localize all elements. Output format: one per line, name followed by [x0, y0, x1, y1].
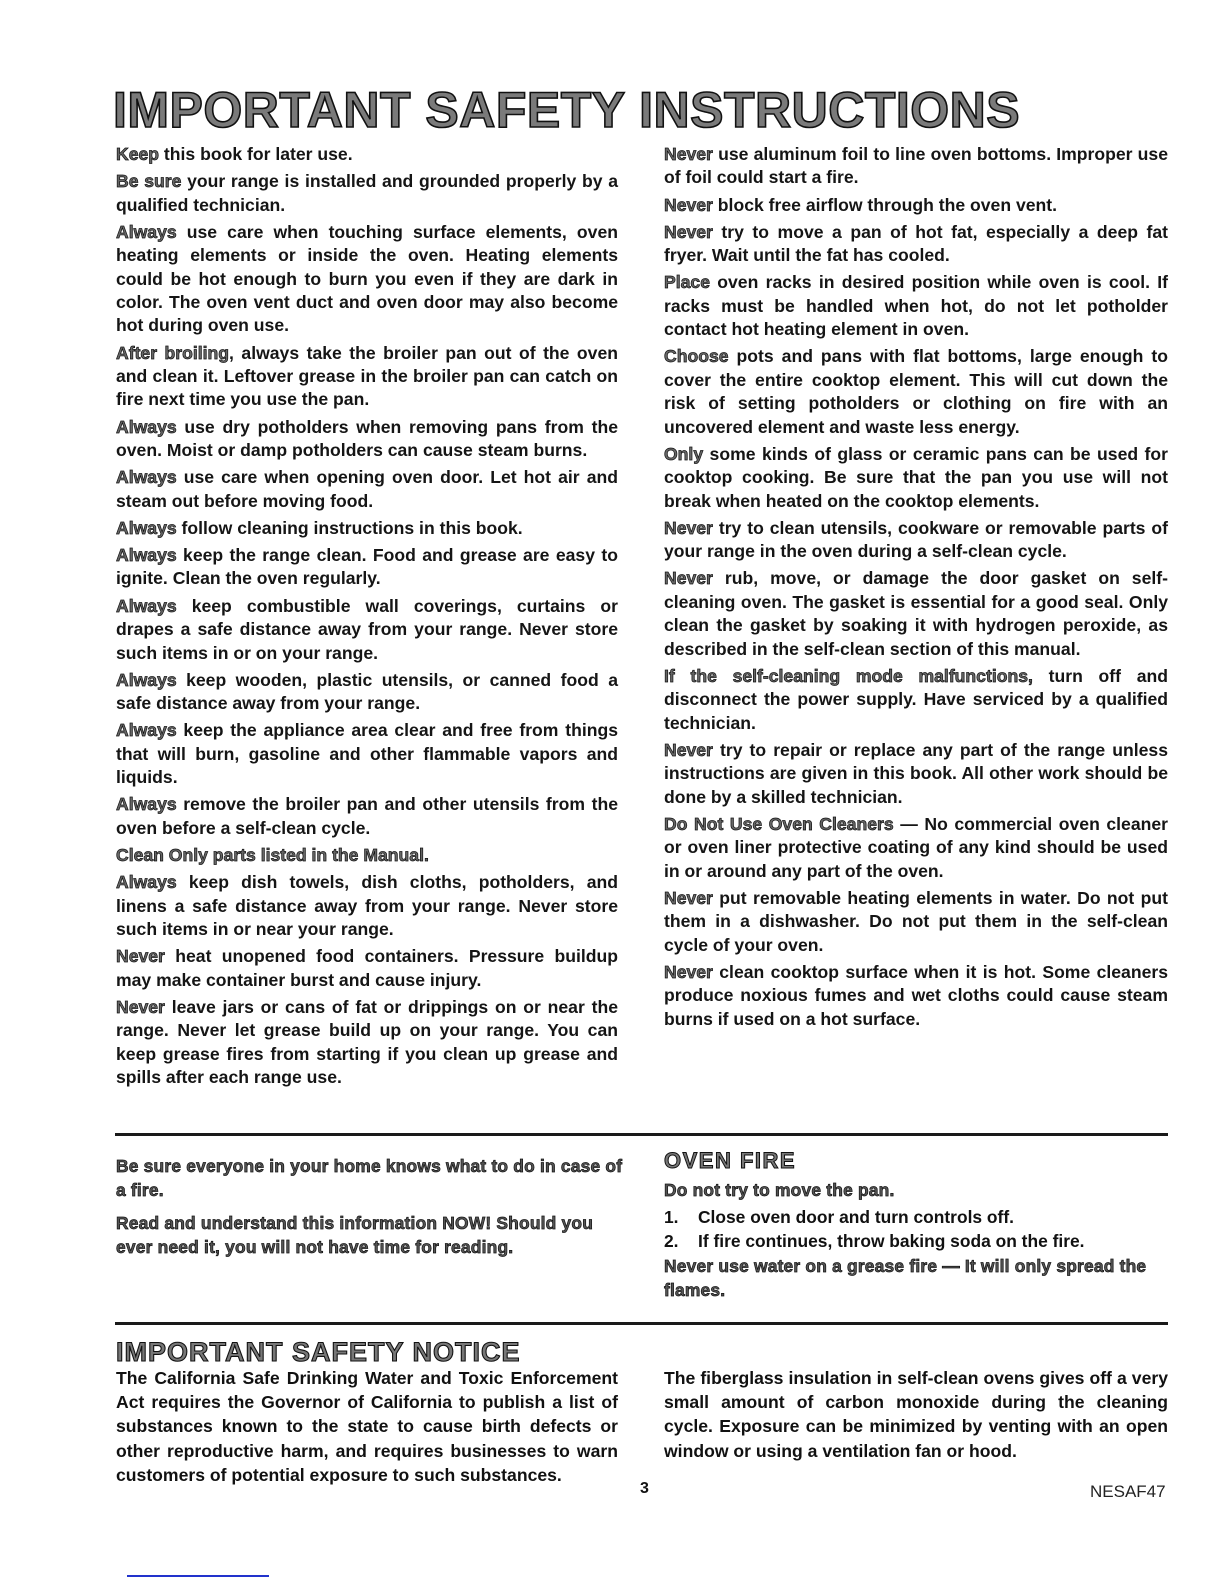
instruction-item: Never use aluminum foil to line oven bot… — [664, 143, 1168, 190]
instruction-lead: Never — [664, 144, 713, 164]
instruction-text: put removable heating elements in water.… — [664, 888, 1168, 955]
section-divider — [115, 1133, 1168, 1136]
instruction-lead: Always — [116, 670, 177, 690]
instruction-lead: Never — [664, 962, 713, 982]
instruction-lead: Always — [116, 596, 177, 616]
instruction-lead: Never — [664, 888, 713, 908]
instruction-item: Never put removable heating elements in … — [664, 887, 1168, 957]
california-notice-text: The California Safe Drinking Water and T… — [116, 1366, 618, 1487]
instruction-lead: Never — [664, 518, 713, 538]
instruction-text: clean cooktop surface when it is hot. So… — [664, 962, 1168, 1029]
left-instructions-column: Keep this book for later use. Be sure yo… — [116, 143, 618, 1093]
instruction-text: some kinds of glass or ceramic pans can … — [664, 444, 1168, 511]
instruction-item: Keep this book for later use. — [116, 143, 618, 166]
instruction-lead: Be sure — [116, 171, 181, 191]
instruction-lead: Never — [664, 740, 713, 760]
stray-line — [127, 1575, 269, 1577]
instruction-item: Always keep the appliance area clear and… — [116, 719, 618, 789]
instruction-lead: Never — [664, 195, 713, 215]
instruction-text: try to repair or replace any part of the… — [664, 740, 1168, 807]
instruction-item: Always use care when touching surface el… — [116, 221, 618, 338]
instruction-item: Always keep dish towels, dish cloths, po… — [116, 871, 618, 941]
instruction-item: If the self-cleaning mode malfunctions, … — [664, 665, 1168, 735]
step-number: 2. — [664, 1229, 698, 1254]
instruction-text: use aluminum foil to line oven bottoms. … — [664, 144, 1168, 187]
fiberglass-notice-text: The fiberglass insulation in self-clean … — [664, 1366, 1168, 1463]
instruction-item: Choose pots and pans with flat bottoms, … — [664, 345, 1168, 439]
instruction-item: After broiling, always take the broiler … — [116, 342, 618, 412]
instruction-lead: Always — [116, 794, 177, 814]
instruction-text: pots and pans with flat bottoms, large e… — [664, 346, 1168, 436]
instruction-item: Never try to repair or replace any part … — [664, 739, 1168, 809]
instruction-lead: Always — [116, 417, 177, 437]
instruction-lead: Never — [664, 568, 713, 588]
oven-fire-step: 1. Close oven door and turn controls off… — [664, 1205, 1170, 1230]
instruction-item: Never heat unopened food containers. Pre… — [116, 945, 618, 992]
instruction-item: Never rub, move, or damage the door gask… — [664, 567, 1168, 661]
instruction-text: keep dish towels, dish cloths, potholder… — [116, 872, 618, 939]
instruction-lead: Never — [116, 997, 165, 1017]
fire-note-1: Be sure everyone in your home knows what… — [116, 1154, 626, 1202]
instruction-text: leave jars or cans of fat or drippings o… — [116, 997, 618, 1087]
instruction-lead: Do Not Use Oven Cleaners — [664, 814, 894, 834]
instruction-item: Do Not Use Oven Cleaners — No commercial… — [664, 813, 1168, 883]
instruction-text: keep the appliance area clear and free f… — [116, 720, 618, 787]
instruction-item: Always use care when opening oven door. … — [116, 466, 618, 513]
instruction-text: your range is installed and grounded pro… — [116, 171, 618, 214]
safety-notice-title: IMPORTANT SAFETY NOTICE — [116, 1336, 521, 1368]
instruction-item: Never leave jars or cans of fat or dripp… — [116, 996, 618, 1090]
instruction-item: Always follow cleaning instructions in t… — [116, 517, 618, 540]
instruction-text: use care when touching surface elements,… — [116, 222, 618, 336]
california-notice: The California Safe Drinking Water and T… — [116, 1366, 618, 1487]
instruction-text: oven racks in desired position while ove… — [664, 272, 1168, 339]
instruction-item: Only some kinds of glass or ceramic pans… — [664, 443, 1168, 513]
oven-fire-section: OVEN FIRE Do not try to move the pan. 1.… — [664, 1148, 1170, 1305]
instruction-text: keep the range clean. Food and grease ar… — [116, 545, 618, 588]
instruction-lead: Only — [664, 444, 703, 464]
instruction-lead: Never — [116, 946, 165, 966]
instruction-text: block free airflow through the oven vent… — [713, 195, 1057, 215]
instruction-item: Never clean cooktop surface when it is h… — [664, 961, 1168, 1031]
instruction-lead: Always — [116, 518, 177, 538]
instruction-text: this book for later use. — [159, 144, 353, 164]
fiberglass-notice: The fiberglass insulation in self-clean … — [664, 1366, 1168, 1463]
instruction-lead: Always — [116, 467, 177, 487]
instruction-lead: If the self-cleaning mode malfunctions, — [664, 666, 1033, 686]
instruction-text: heat unopened food containers. Pressure … — [116, 946, 618, 989]
fire-note-2: Read and understand this information NOW… — [116, 1211, 626, 1259]
instruction-lead: Clean Only parts listed in the Manual. — [116, 845, 429, 865]
instruction-lead: Always — [116, 720, 177, 740]
instruction-item: Never try to move a pan of hot fat, espe… — [664, 221, 1168, 268]
instruction-lead: Choose — [664, 346, 729, 366]
instruction-text: follow cleaning instructions in this boo… — [177, 518, 523, 538]
instruction-text: try to clean utensils, cookware or remov… — [664, 518, 1168, 561]
instruction-text: use care when opening oven door. Let hot… — [116, 467, 618, 510]
instruction-text: rub, move, or damage the door gasket on … — [664, 568, 1168, 658]
instruction-text: try to move a pan of hot fat, especially… — [664, 222, 1168, 265]
instruction-item: Always keep the range clean. Food and gr… — [116, 544, 618, 591]
instruction-item: Always remove the broiler pan and other … — [116, 793, 618, 840]
fire-preparedness-note: Be sure everyone in your home knows what… — [116, 1154, 626, 1268]
section-divider — [115, 1322, 1168, 1325]
right-instructions-column: Never use aluminum foil to line oven bot… — [664, 143, 1168, 1035]
page-number: 3 — [640, 1480, 649, 1498]
document-code: NESAF47 — [1090, 1482, 1166, 1502]
oven-fire-warning: Do not try to move the pan. — [664, 1178, 1170, 1203]
oven-fire-heading: OVEN FIRE — [664, 1148, 1170, 1174]
instruction-lead: Always — [116, 222, 177, 242]
page-title: IMPORTANT SAFETY INSTRUCTIONS — [113, 82, 1073, 138]
instruction-lead: Place — [664, 272, 710, 292]
instruction-lead: After broiling — [116, 343, 229, 363]
instruction-item: Place oven racks in desired position whi… — [664, 271, 1168, 341]
instruction-item: Be sure your range is installed and grou… — [116, 170, 618, 217]
instruction-item: Always keep wooden, plastic utensils, or… — [116, 669, 618, 716]
instruction-item: Always keep combustible wall coverings, … — [116, 595, 618, 665]
step-text: Close oven door and turn controls off. — [698, 1205, 1014, 1230]
instruction-text: use dry potholders when removing pans fr… — [116, 417, 618, 460]
instruction-lead: Never — [664, 222, 713, 242]
instruction-lead: Always — [116, 872, 177, 892]
step-number: 1. — [664, 1205, 698, 1230]
instruction-lead: Always — [116, 545, 177, 565]
instruction-text: remove the broiler pan and other utensil… — [116, 794, 618, 837]
instruction-item: Clean Only parts listed in the Manual. — [116, 844, 618, 867]
instruction-text: keep combustible wall coverings, curtain… — [116, 596, 618, 663]
instruction-item: Never try to clean utensils, cookware or… — [664, 517, 1168, 564]
step-text: If fire continues, throw baking soda on … — [698, 1229, 1085, 1254]
oven-fire-step: 2. If fire continues, throw baking soda … — [664, 1229, 1170, 1254]
instruction-item: Never block free airflow through the ove… — [664, 194, 1168, 217]
instruction-text: keep wooden, plastic utensils, or canned… — [116, 670, 618, 713]
instruction-lead: Keep — [116, 144, 159, 164]
instruction-item: Always use dry potholders when removing … — [116, 416, 618, 463]
grease-fire-warning: Never use water on a grease fire — It wi… — [664, 1254, 1170, 1303]
